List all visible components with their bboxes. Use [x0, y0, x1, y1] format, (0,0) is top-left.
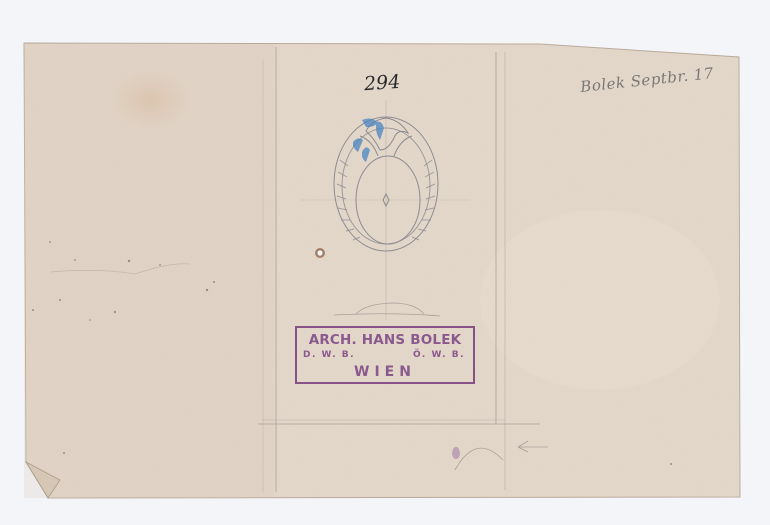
stamp-name: ARCH. HANS BOLEK: [301, 332, 469, 348]
stamp-owb: Ö. W. B.: [413, 350, 465, 360]
stamp-city: WIEN: [297, 364, 473, 380]
scanned-sheet: 294 Bolek Septbr. 17 ARCH. HANS BOLEK D.…: [0, 0, 770, 525]
stamp-dwb: D. W. B.: [303, 350, 355, 360]
sheet-number: 294: [363, 71, 401, 95]
architect-stamp: ARCH. HANS BOLEK D. W. B. Ö. W. B. WIEN: [295, 326, 475, 384]
